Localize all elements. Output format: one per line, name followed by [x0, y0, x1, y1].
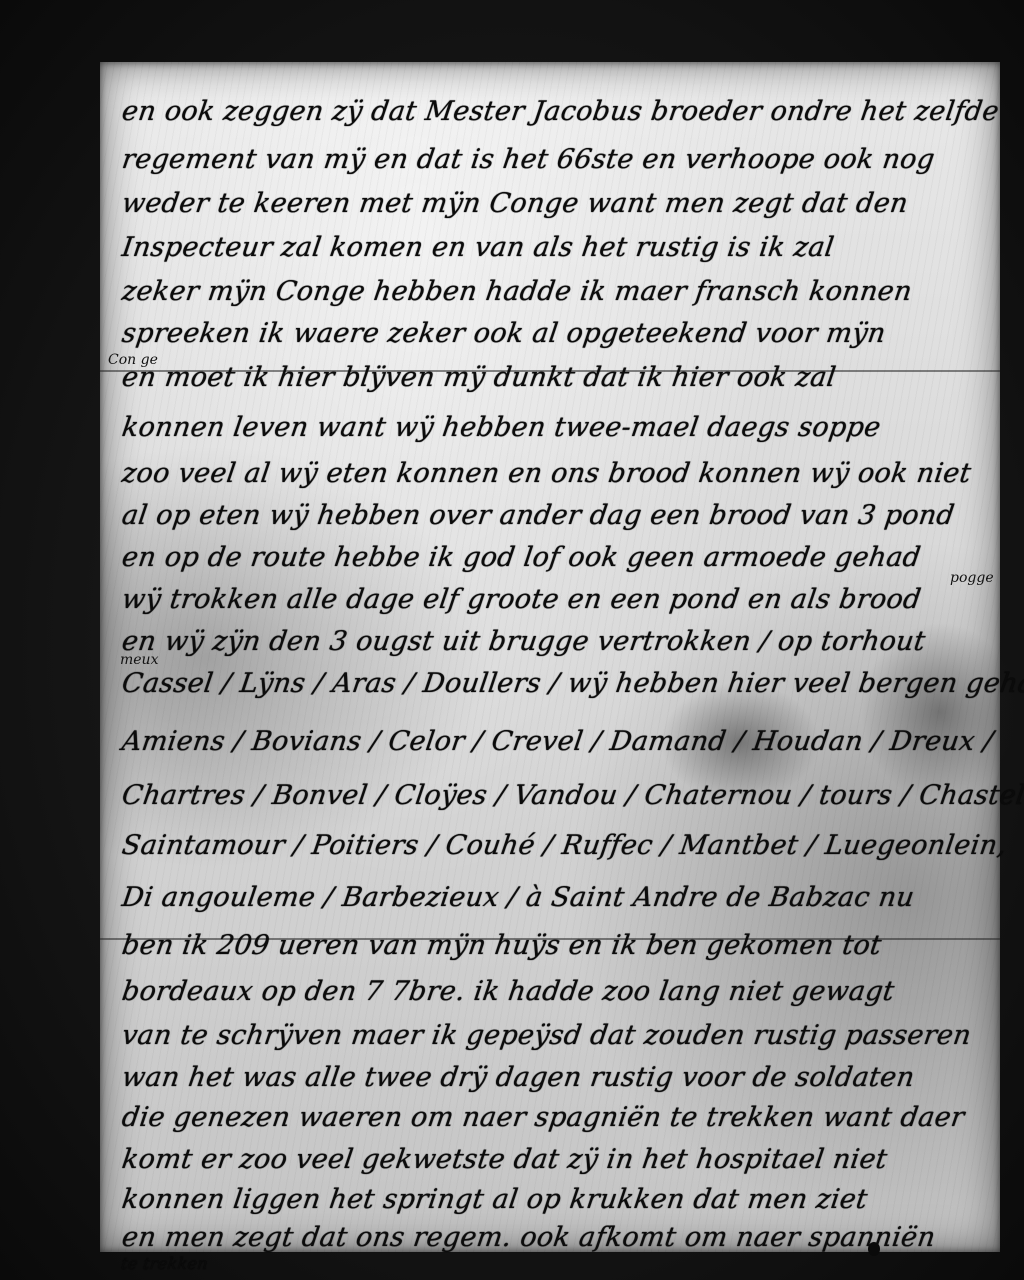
letter-line: die genezen waeren om naer spagniën te t… [120, 1102, 994, 1133]
margin-note: pogge [950, 570, 994, 586]
letter-line: te trekken [120, 1254, 993, 1273]
letter-line: Chartres / Bonvel / Cloÿes / Vandou / Ch… [120, 780, 994, 811]
letter-line: konnen liggen het springt al op krukken … [120, 1184, 994, 1215]
margin-note: Con ge [108, 352, 158, 368]
letter-line: Amiens / Bovians / Celor / Crevel / Dama… [120, 726, 994, 757]
letter-line: bordeaux op den 7 7bre. ik hadde zoo lan… [120, 976, 994, 1007]
ink-blot [868, 1242, 880, 1256]
letter-line: en ook zeggen zÿ dat Mester Jacobus broe… [120, 96, 994, 127]
letter-line: konnen leven want wÿ hebben twee-mael da… [120, 412, 994, 443]
letter-line: weder te keeren met mÿn Conge want men z… [120, 188, 994, 219]
letter-line: Di angouleme / Barbezieux / à Saint Andr… [120, 882, 994, 913]
letter-line: spreeken ik waere zeker ook al opgeteeke… [120, 318, 994, 349]
letter-line: en men zegt dat ons regem. ook afkomt om… [120, 1222, 994, 1253]
margin-note: meux [120, 652, 158, 668]
letter-line: komt er zoo veel gekwetste dat zÿ in het… [120, 1144, 994, 1175]
letter-line: Inspecteur zal komen en van als het rust… [120, 232, 994, 263]
letter-line: al op eten wÿ hebben over ander dag een … [120, 500, 994, 531]
letter-line: wÿ trokken alle dage elf groote en een p… [120, 584, 994, 615]
letter-line: zeker mÿn Conge hebben hadde ik maer fra… [120, 276, 994, 307]
letter-line: en wÿ zÿn den 3 ougst uit brugge vertrok… [120, 626, 994, 657]
letter-line: en op de route hebbe ik god lof ook geen… [120, 542, 994, 573]
letter-line: wan het was alle twee drÿ dagen rustig v… [120, 1062, 994, 1093]
letter-line: van te schrÿven maer ik gepeÿsd dat zoud… [120, 1020, 994, 1051]
letter-line: ben ik 209 ueren van mÿn huÿs en ik ben … [120, 930, 994, 961]
letter-line: Cassel / Lÿns / Aras / Doullers / wÿ heb… [120, 668, 994, 699]
letter-line: regement van mÿ en dat is het 66ste en v… [120, 144, 994, 175]
letter-line: zoo veel al wÿ eten konnen en ons brood … [120, 458, 994, 489]
letter-line: en moet ik hier blÿven mÿ dunkt dat ik h… [120, 362, 994, 393]
letter-line: Saintamour / Poitiers / Couhé / Ruffec /… [120, 830, 994, 861]
letter-page: en ook zeggen zÿ dat Mester Jacobus broe… [100, 62, 1000, 1252]
